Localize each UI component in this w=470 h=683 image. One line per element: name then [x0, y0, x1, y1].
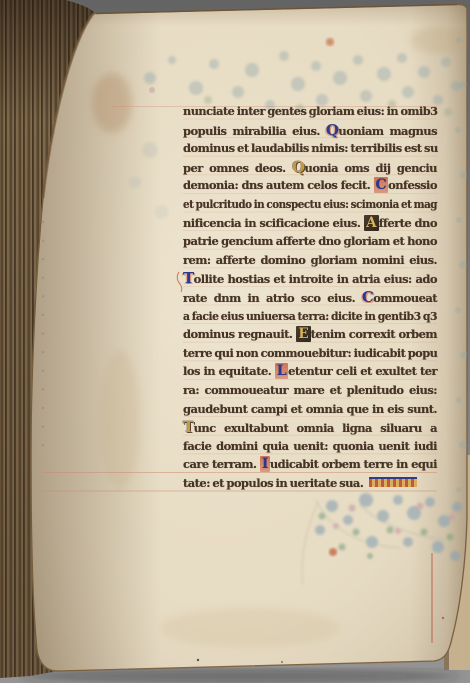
manuscript-line: demonia: dns autem celos fecit. Confessi…	[183, 176, 437, 195]
manuscript-photo: nunciate inter gentes gloriam eius: in o…	[0, 0, 470, 683]
body-text: udicabit orbem terre in equi	[270, 457, 437, 471]
book-shadow	[20, 669, 460, 683]
body-text: terre qui non commouebitur: iudicabit po…	[183, 346, 437, 360]
body-text: tate: et populos in ueritate sua.	[183, 476, 363, 490]
body-text: gaudebunt campi et omnia que in eis sunt…	[183, 402, 437, 416]
body-text: fferte dno	[379, 216, 437, 230]
illuminated-initial-blue: Q	[326, 121, 339, 139]
illuminated-initial-blue: T	[183, 269, 194, 287]
illuminated-initial-gold: T	[183, 418, 194, 436]
body-text: ra: commoueatur mare et plenitudo eius:	[183, 383, 437, 397]
body-text: per omnes deos.	[183, 161, 292, 175]
ink-speck	[197, 659, 199, 661]
manuscript-line: patrie gencium afferte dno gloriam et ho…	[183, 232, 437, 251]
manuscript-line: gaudebunt campi et omnia que in eis sunt…	[183, 400, 437, 419]
red-pigment-spot-bottom	[329, 548, 337, 556]
manuscript-line: tate: et populos in ueritate sua.	[183, 474, 437, 493]
pricking-hole	[42, 351, 44, 353]
manuscript-line: los in equitate. Letentur celi et exulte…	[183, 362, 437, 381]
pricking-hole	[42, 370, 44, 372]
manuscript-line: ra: commoueatur mare et plenitudo eius:	[183, 381, 437, 400]
body-text: ommoueat	[373, 291, 437, 305]
body-text: ollite hostias et introite in atria eius…	[194, 272, 437, 286]
illuminated-initial-gold-box: E	[296, 326, 311, 342]
illuminated-initial-gold: Q	[292, 158, 305, 176]
pricking-hole	[42, 221, 44, 223]
pink-spot	[149, 87, 155, 93]
body-text: etentur celi et exultet ter	[288, 364, 437, 378]
manuscript-line: facie domini quia uenit: quonia uenit iu…	[183, 437, 437, 456]
illuminated-initial-blue-box: I	[260, 456, 270, 472]
manuscript-line: per omnes deos. Quonia oms dij genciu	[183, 158, 437, 177]
body-text: unc exultabunt omnia ligna siluaru a	[194, 421, 437, 435]
body-text: demonia: dns autem celos fecit.	[183, 178, 374, 192]
body-text: dominus regnauit.	[183, 327, 296, 341]
manuscript-line: nificencia in scificacione eius. Afferte…	[183, 214, 437, 233]
body-text: patrie gencium afferte dno gloriam et ho…	[183, 234, 437, 248]
pricking-hole	[42, 240, 44, 242]
body-text: a facie eius uniuersa terra: dicite in g…	[183, 309, 437, 323]
body-text: dominus et laudabilis nimis: terribilis …	[183, 141, 438, 155]
manuscript-line: a facie eius uniuersa terra: dicite in g…	[183, 307, 422, 326]
pricking-hole	[42, 426, 44, 428]
illuminated-initial-blue-box: L	[275, 363, 288, 379]
manuscript-line: care terram. Iudicabit orbem terre in eq…	[183, 455, 437, 474]
manuscript-line: rem: afferte domino gloriam nomini eius.	[183, 251, 437, 270]
body-text: facie domini quia uenit: quonia uenit iu…	[183, 439, 437, 453]
illuminated-initial-blue: C	[362, 288, 373, 306]
body-text: rate dnm in atrio sco eius.	[183, 291, 362, 305]
pricking-hole	[42, 407, 44, 409]
manuscript-line: dominus regnauit. Etenim correxit orbem	[183, 325, 437, 344]
pricking-hole	[42, 258, 44, 260]
manuscript-line: rate dnm in atrio sco eius. Commoueat	[183, 288, 437, 307]
manuscript-line: terre qui non commouebitur: iudicabit po…	[183, 344, 434, 363]
red-pigment-spot	[326, 38, 334, 46]
manuscript-line: dominus et laudabilis nimis: terribilis …	[183, 139, 437, 158]
body-text: uoniam magnus	[338, 124, 437, 138]
manuscript-line: Tollite hostias et introite in atria eiu…	[183, 269, 437, 288]
manuscript-line: nunciate inter gentes gloriam eius: in o…	[183, 102, 433, 121]
body-text: nificencia in scificacione eius.	[183, 216, 364, 230]
manuscript-line: populis mirabilia eius. Quoniam magnus	[183, 121, 437, 140]
line-filler	[369, 477, 417, 487]
pricking-hole	[42, 314, 44, 316]
body-text: care terram.	[183, 457, 260, 471]
manuscript-line: et pulcritudo in conspectu eius: scimoni…	[183, 195, 412, 214]
pricking-hole	[42, 444, 44, 446]
body-text: onfessio	[388, 178, 437, 192]
body-text: populis mirabilia eius.	[183, 124, 326, 138]
illuminated-initial-gold-box: A	[364, 215, 379, 231]
illuminated-initial-blue-box: C	[374, 177, 389, 193]
red-speck	[442, 617, 444, 619]
manuscript-text-block: nunciate inter gentes gloriam eius: in o…	[183, 102, 437, 492]
pricking-hole	[42, 277, 44, 279]
manuscript-line: Tunc exultabunt omnia ligna siluaru a	[183, 418, 437, 437]
pricking-hole	[42, 333, 44, 335]
pricking-hole	[42, 388, 44, 390]
ink-speck-2	[281, 661, 283, 663]
body-text: et pulcritudo in conspectu eius: scimoni…	[183, 197, 437, 211]
body-text: rem: afferte domino gloriam nomini eius.	[183, 253, 437, 267]
body-text: tenim correxit orbem	[311, 327, 437, 341]
body-text: los in equitate.	[183, 364, 275, 378]
body-text: nunciate inter gentes gloriam eius: in o…	[183, 104, 437, 118]
pricking-hole	[42, 295, 44, 297]
body-text: uonia oms dij genciu	[305, 161, 437, 175]
